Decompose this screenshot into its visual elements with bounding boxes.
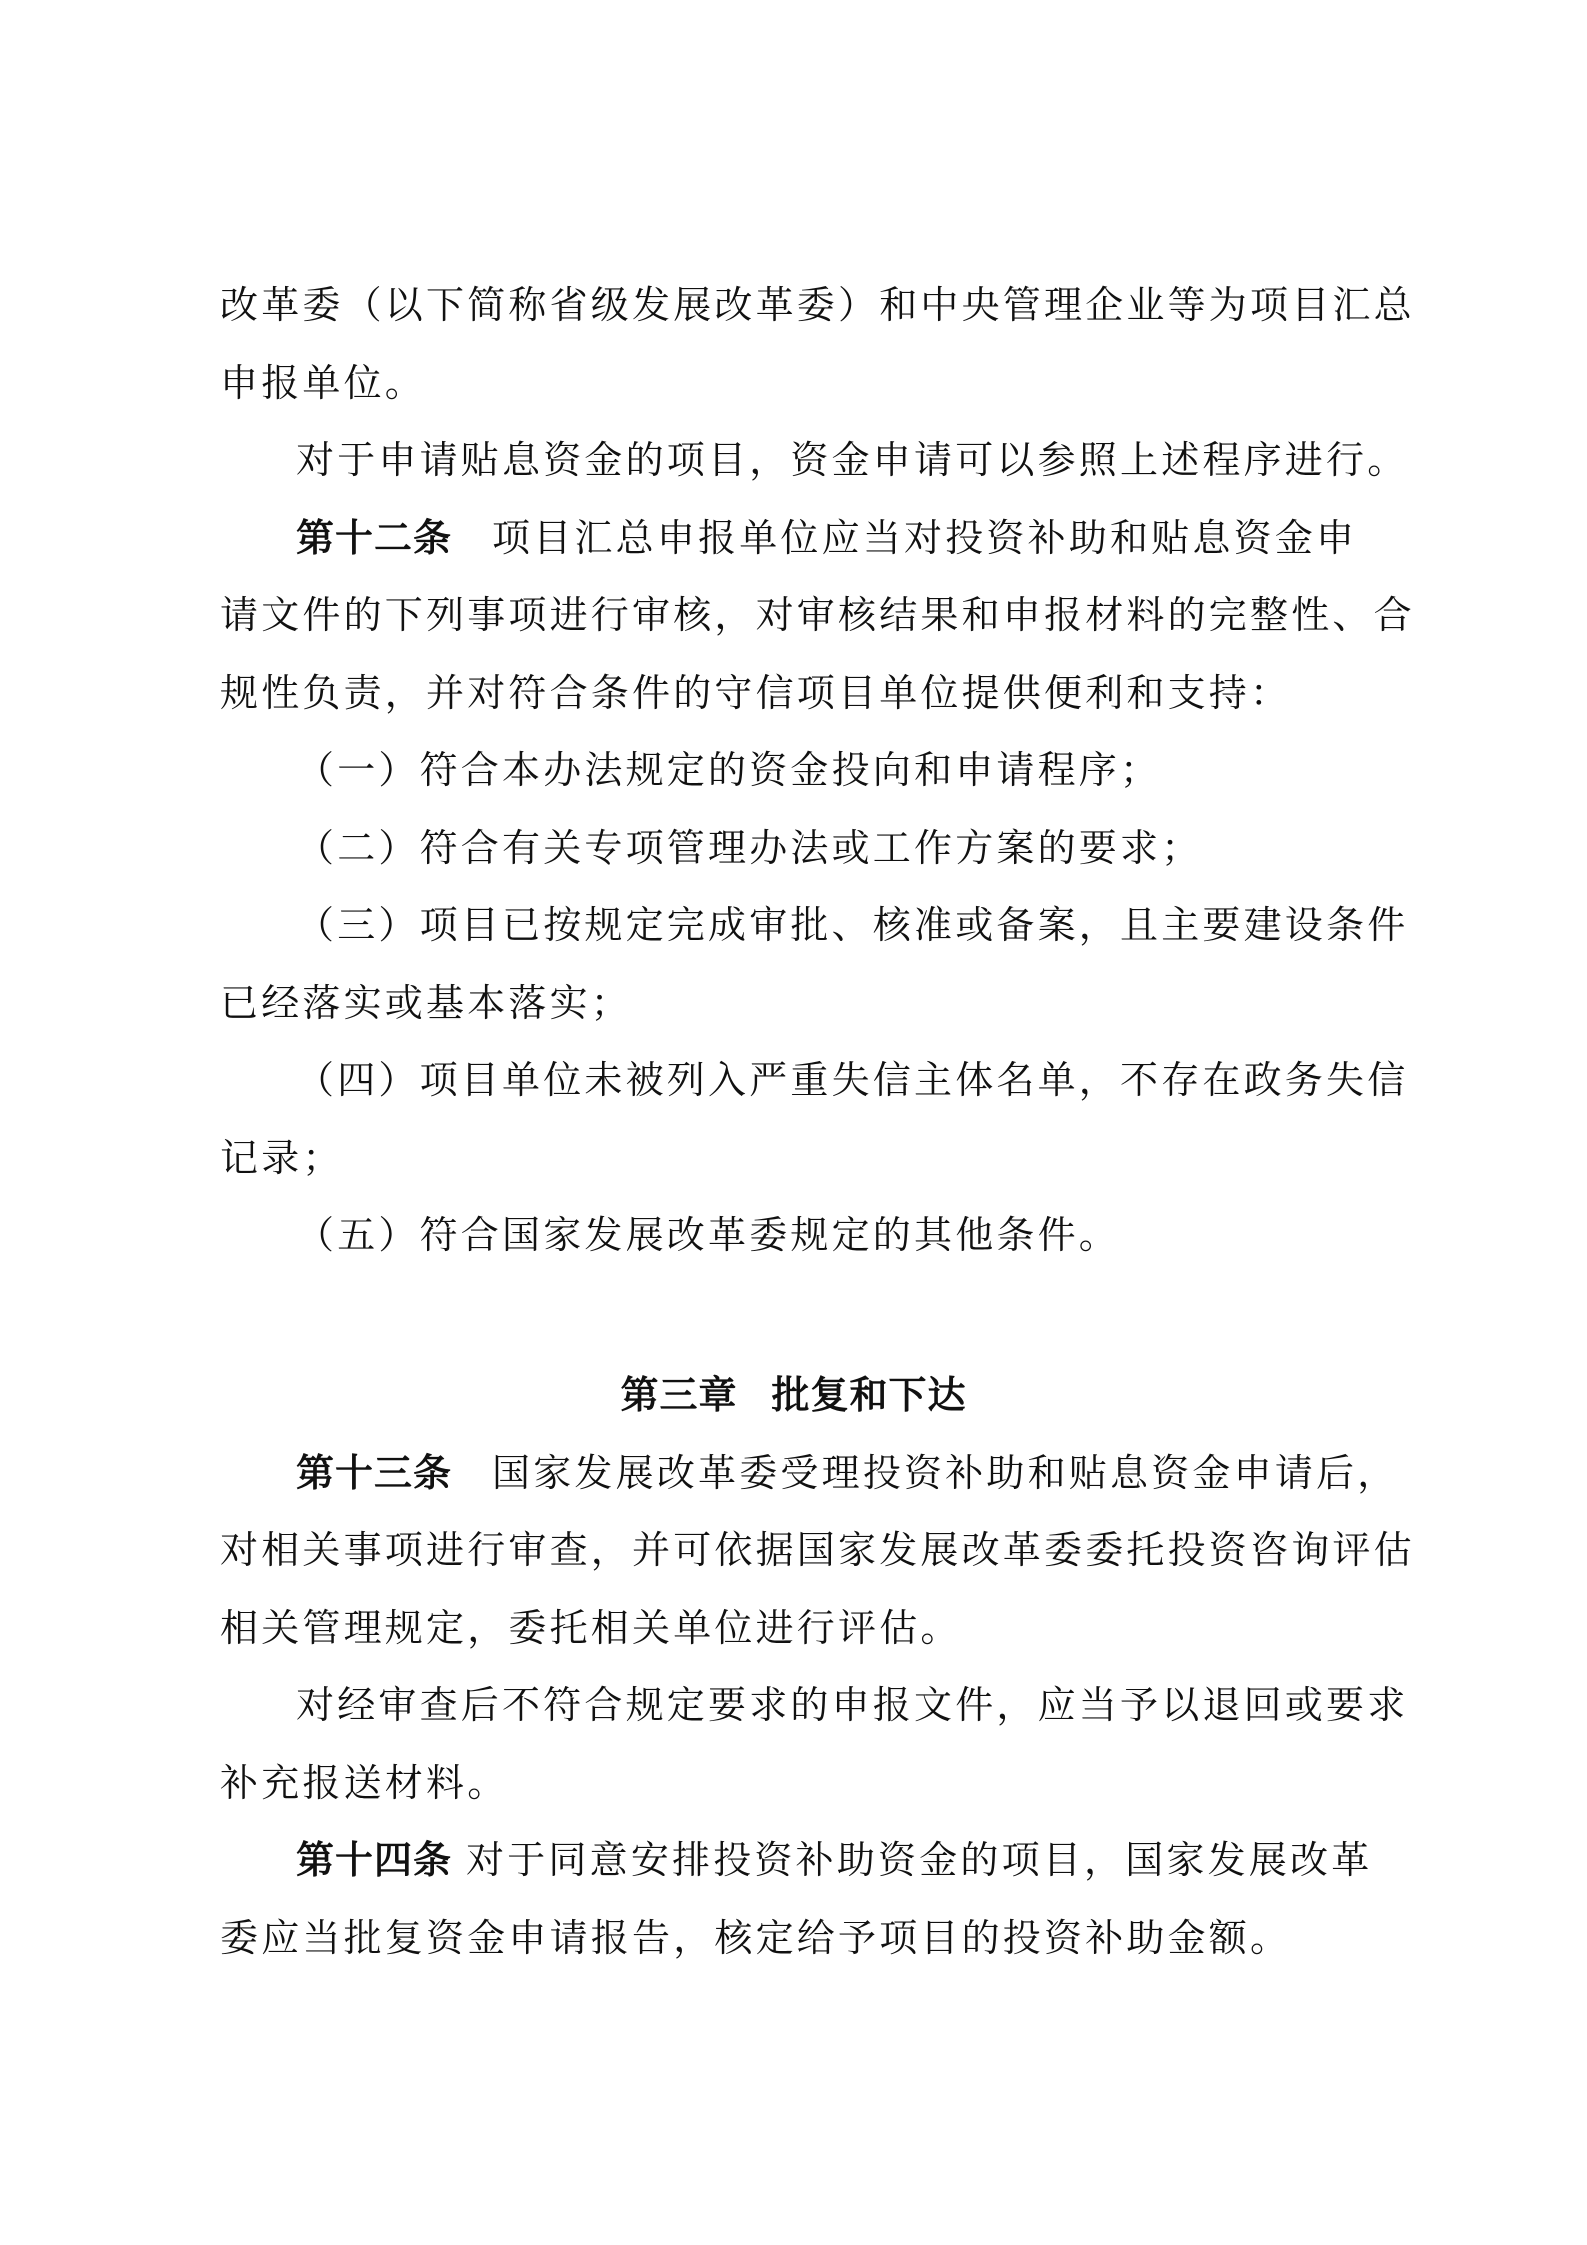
paragraph-line: 改革委（以下简称省级发展改革委）和中央管理企业等为项目汇总 (220, 266, 1380, 344)
article-13-first-line: 第十三条国家发展改革委受理投资补助和贴息资金申请后， (296, 1434, 1456, 1512)
list-item-3: （三）项目已按规定完成审批、核准或备案，且主要建设条件 (296, 886, 1456, 964)
chapter-heading: 第三章批复和下达 (0, 1356, 1587, 1434)
list-item-1: （一）符合本办法规定的资金投向和申请程序； (296, 731, 1456, 809)
chapter-title: 批复和下达 (772, 1373, 967, 1417)
article-label: 第十二条 (296, 516, 452, 560)
list-item-4-continuation: 记录； (220, 1119, 1380, 1197)
paragraph-line: 规性负责，并对符合条件的守信项目单位提供便利和支持： (220, 654, 1380, 732)
article-14-first-line: 第十四条对于同意安排投资补助资金的项目，国家发展改革 (296, 1821, 1456, 1899)
paragraph-line: 对相关事项进行审查，并可依据国家发展改革委委托投资咨询评估 (220, 1511, 1380, 1589)
paragraph-line: 对经审查后不符合规定要求的申报文件，应当予以退回或要求 (296, 1666, 1456, 1744)
list-item-3-continuation: 已经落实或基本落实； (220, 964, 1380, 1042)
list-item-5: （五）符合国家发展改革委规定的其他条件。 (296, 1196, 1456, 1274)
article-label: 第十四条 (296, 1838, 452, 1882)
chapter-number: 第三章 (620, 1373, 737, 1417)
paragraph-line: 委应当批复资金申请报告，核定给予项目的投资补助金额。 (220, 1899, 1380, 1977)
document-page: 改革委（以下简称省级发展改革委）和中央管理企业等为项目汇总 申报单位。 对于申请… (0, 0, 1587, 2245)
article-text: 项目汇总申报单位应当对投资补助和贴息资金申 (492, 516, 1357, 560)
article-12-first-line: 第十二条项目汇总申报单位应当对投资补助和贴息资金申 (296, 499, 1456, 577)
paragraph-line: 请文件的下列事项进行审核，对审核结果和申报材料的完整性、合 (220, 576, 1380, 654)
paragraph-line: 补充报送材料。 (220, 1744, 1380, 1822)
paragraph-line: 申报单位。 (220, 344, 1380, 422)
list-item-4: （四）项目单位未被列入严重失信主体名单，不存在政务失信 (296, 1041, 1456, 1119)
article-text: 国家发展改革委受理投资补助和贴息资金申请后， (492, 1451, 1398, 1495)
paragraph-line: 对于申请贴息资金的项目，资金申请可以参照上述程序进行。 (296, 421, 1456, 499)
paragraph-line: 相关管理规定，委托相关单位进行评估。 (220, 1589, 1380, 1667)
article-label: 第十三条 (296, 1451, 452, 1495)
article-text: 对于同意安排投资补助资金的项目，国家发展改革 (466, 1838, 1372, 1882)
list-item-2: （二）符合有关专项管理办法或工作方案的要求； (296, 809, 1456, 887)
